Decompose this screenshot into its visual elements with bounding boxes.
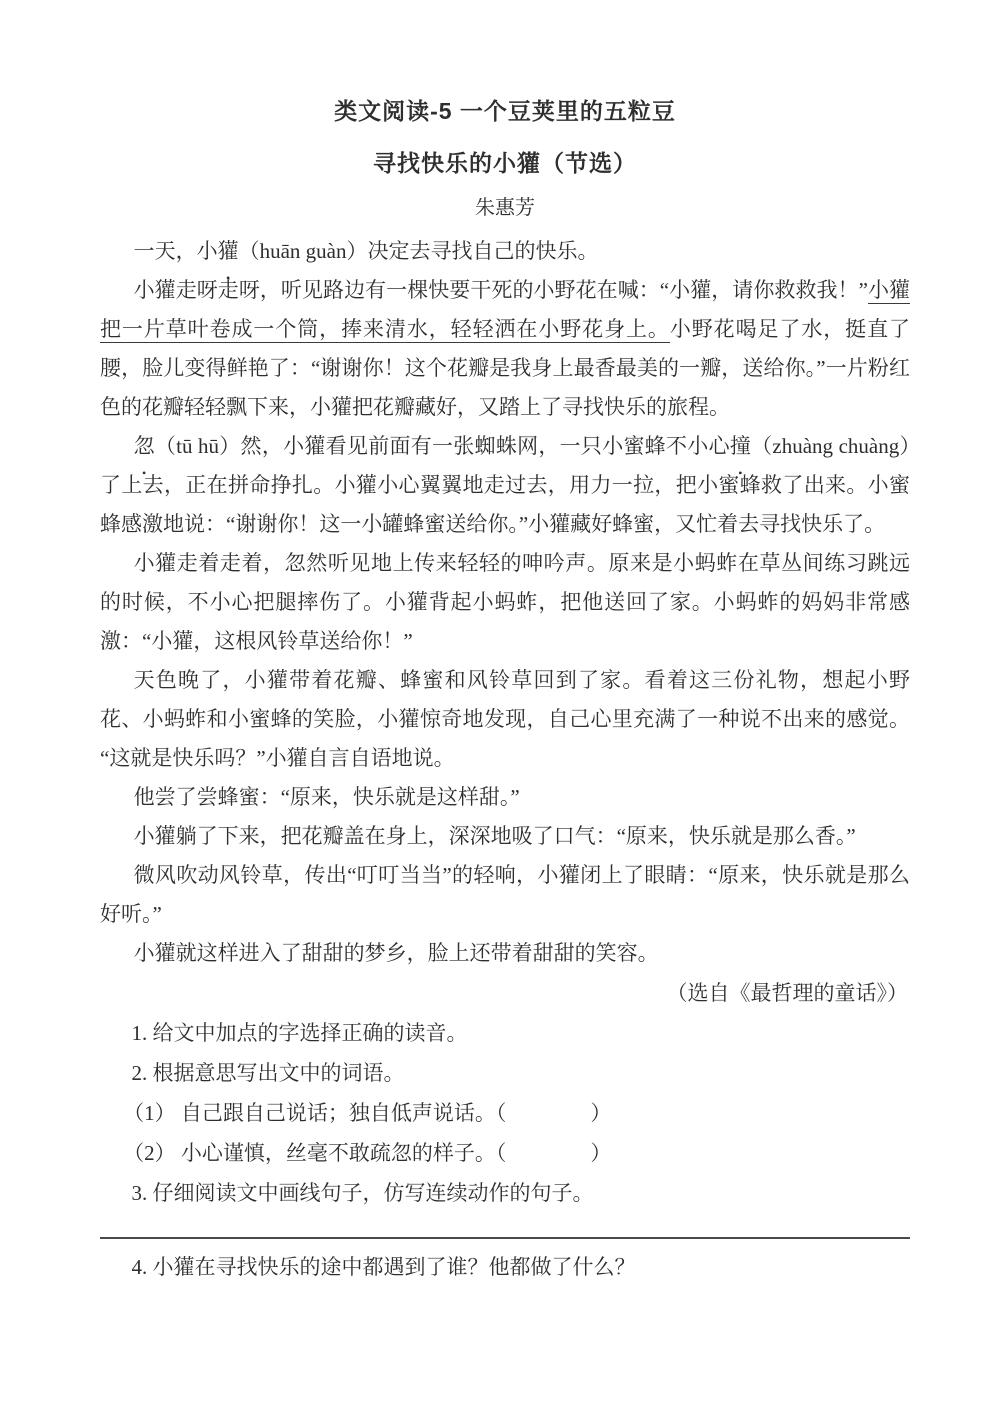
passage-paragraph: 小獾躺了下来，把花瓣盖在身上，深深地吸了口气：“原来，快乐就是那么香。”	[100, 817, 910, 856]
text-run: 小獾走呀走呀，听见路边有一棵快要干死的小野花在喊：“小獾，请你救救我！”	[134, 278, 868, 302]
question-item: 3. 仔细阅读文中画线句子，仿写连续动作的句子。	[132, 1173, 911, 1213]
article-title: 寻找快乐的小獾（节选）	[100, 148, 910, 178]
question-item: 2. 根据意思写出文中的词语。	[132, 1053, 911, 1093]
text-run: 一天，小	[134, 239, 218, 263]
passage: 一天，小獾（huān guàn）决定去寻找自己的快乐。小獾走呀走呀，听见路边有一…	[100, 232, 910, 973]
author-name: 朱惠芳	[100, 194, 910, 222]
source-attribution: （选自《最哲理的童话》）	[100, 973, 910, 1013]
dotted-char: 忽	[134, 427, 155, 466]
passage-paragraph: 小獾就这样进入了甜甜的梦乡，脸上还带着甜甜的笑容。	[100, 934, 910, 973]
text-run: 他尝了尝蜂蜜：“原来，快乐就是这样甜。”	[134, 785, 520, 809]
answer-blank-line	[100, 1237, 910, 1239]
text-run: （tū hū）然，小獾看见前面有一张蜘蛛网，一只小蜜蜂不小心	[155, 434, 730, 458]
question-item: 4. 小獾在寻找快乐的途中都遇到了谁？他都做了什么？	[132, 1247, 911, 1287]
text-run: 微风吹动风铃草，传出“叮叮当当”的轻响，小獾闭上了眼睛：“原来，快乐就是那么好听…	[100, 863, 910, 926]
question-item: （2） 小心谨慎，丝毫不敢疏忽的样子。（ ）	[123, 1133, 910, 1173]
text-run: 天色晚了，小獾带着花瓣、蜂蜜和风铃草回到了家。看着这三份礼物，想起小野花、小蚂蚱…	[100, 668, 910, 770]
text-run: 小獾躺了下来，把花瓣盖在身上，深深地吸了口气：“原来，快乐就是那么香。”	[134, 824, 856, 848]
question-item: （1） 自己跟自己说话；独自低声说话。（ ）	[123, 1093, 910, 1133]
page-title: 类文阅读-5 一个豆荚里的五粒豆	[100, 96, 910, 126]
document-page: 类文阅读-5 一个豆荚里的五粒豆 寻找快乐的小獾（节选） 朱惠芳 一天，小獾（h…	[0, 0, 1000, 1415]
passage-paragraph: 一天，小獾（huān guàn）决定去寻找自己的快乐。	[100, 232, 910, 271]
text-run: 小獾就这样进入了甜甜的梦乡，脸上还带着甜甜的笑容。	[134, 941, 659, 965]
passage-paragraph: 小獾走呀走呀，听见路边有一棵快要干死的小野花在喊：“小獾，请你救救我！”小獾把一…	[100, 271, 910, 427]
passage-paragraph: 他尝了尝蜂蜜：“原来，快乐就是这样甜。”	[100, 778, 910, 817]
passage-paragraph: 天色晚了，小獾带着花瓣、蜂蜜和风铃草回到了家。看着这三份礼物，想起小野花、小蚂蚱…	[100, 661, 910, 778]
passage-paragraph: 小獾走着走着，忽然听见地上传来轻轻的呻吟声。原来是小蚂蚱在草丛间练习跳远的时候，…	[100, 544, 910, 661]
dotted-char: 獾	[218, 232, 239, 271]
text-run: 小獾走着走着，忽然听见地上传来轻轻的呻吟声。原来是小蚂蚱在草丛间练习跳远的时候，…	[100, 551, 910, 653]
questions: 1. 给文中加点的字选择正确的读音。2. 根据意思写出文中的词语。（1） 自己跟…	[100, 1013, 910, 1287]
question-item: 1. 给文中加点的字选择正确的读音。	[132, 1013, 911, 1053]
text-run: （huān guàn）决定去寻找自己的快乐。	[239, 239, 599, 263]
dotted-char: 撞	[730, 427, 751, 466]
passage-paragraph: 微风吹动风铃草，传出“叮叮当当”的轻响，小獾闭上了眼睛：“原来，快乐就是那么好听…	[100, 856, 910, 934]
passage-paragraph: 忽（tū hū）然，小獾看见前面有一张蜘蛛网，一只小蜜蜂不小心撞（zhuàng …	[100, 427, 910, 544]
